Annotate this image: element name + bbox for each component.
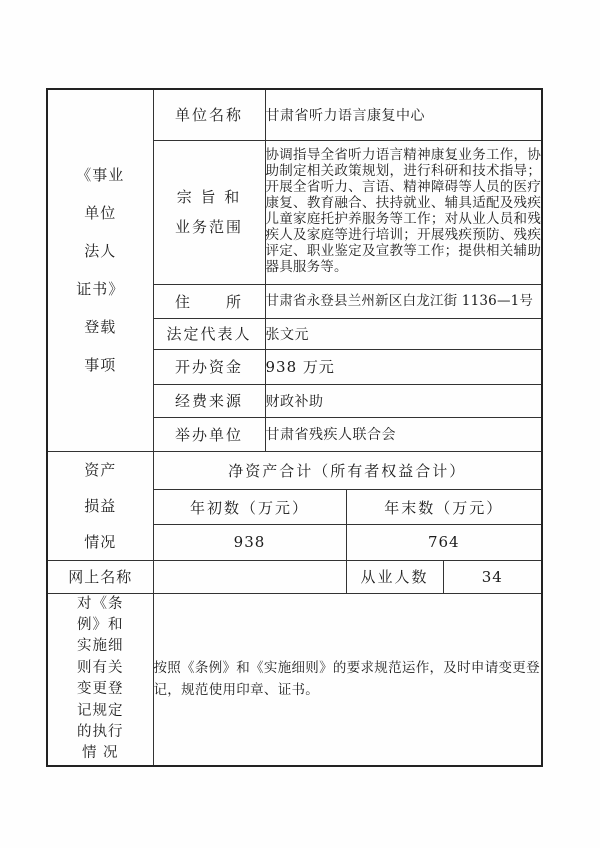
label-legal-representative: 法定代表人 <box>153 318 265 349</box>
label-mission-line: 业务范围 <box>154 212 265 242</box>
section-title-compliance-line: 情 况 <box>48 743 153 764</box>
year-start-label: 年初数（万元） <box>153 490 346 525</box>
label-mission-line: 宗 旨 和 <box>154 182 265 212</box>
year-end-label: 年末数（万元） <box>346 490 542 525</box>
section-title-assets-line: 资产 <box>48 452 153 488</box>
label-online-name: 网上名称 <box>47 560 153 593</box>
value-unit-name: 甘肃省听力语言康复中心 <box>265 89 542 140</box>
value-address: 甘肃省永登县兰州新区白龙江街 1136—1号 <box>265 284 542 318</box>
section-title-compliance: 对《条 例》和 实施细 则有关 变更登 记规定 的执行 情 况 <box>47 593 153 766</box>
label-funding-source: 经费来源 <box>153 384 265 417</box>
section-title-line: 证书》 <box>48 270 153 308</box>
section-title-certificate-items: 《事业 单位 法人 证书》 登载 事项 <box>47 89 153 451</box>
value-mission: 协调指导全省听力语言精神康复业务工作，协助制定相关政策规划，进行科研和技术指导；… <box>265 140 542 284</box>
year-start-value: 938 <box>153 524 346 560</box>
section-title-line: 登载 <box>48 308 153 346</box>
label-address: 住 所 <box>153 284 265 318</box>
year-end-value: 764 <box>346 524 542 560</box>
section-title-assets: 资产 损益 情况 <box>47 451 153 560</box>
section-title-compliance-line: 实施细 <box>48 636 153 657</box>
section-title-compliance-line: 变更登 <box>48 679 153 700</box>
value-compliance: 按照《条例》和《实施细则》的要求规范运作，及时申请变更登记，规范使用印章、证书。 <box>153 593 542 766</box>
value-sponsor-unit: 甘肃省残疾人联合会 <box>265 417 542 451</box>
label-opening-funds: 开办资金 <box>153 349 265 384</box>
section-title-line: 事项 <box>48 346 153 384</box>
section-title-line: 法人 <box>48 232 153 270</box>
section-title-compliance-line: 记规定 <box>48 701 153 722</box>
section-title-assets-line: 损益 <box>48 488 153 524</box>
value-staff-count: 34 <box>443 560 542 593</box>
value-opening-funds: 938 万元 <box>265 349 542 384</box>
section-title-line: 《事业 <box>48 156 153 194</box>
label-unit-name: 单位名称 <box>153 89 265 140</box>
net-assets-header: 净资产合计（所有者权益合计） <box>153 451 542 490</box>
label-staff-count: 从业人数 <box>346 560 443 593</box>
document-page: 《事业 单位 法人 证书》 登载 事项 单位名称 甘肃省听力语言康复中心 宗 旨… <box>0 0 600 848</box>
value-online-name <box>153 560 346 593</box>
value-legal-representative: 张文元 <box>265 318 542 349</box>
section-title-compliance-line: 例》和 <box>48 615 153 636</box>
value-funding-source: 财政补助 <box>265 384 542 417</box>
section-title-compliance-line: 则有关 <box>48 658 153 679</box>
label-mission: 宗 旨 和 业务范围 <box>153 140 265 284</box>
label-sponsor-unit: 举办单位 <box>153 417 265 451</box>
section-title-compliance-line: 对《条 <box>48 594 153 615</box>
section-title-compliance-line: 的执行 <box>48 722 153 743</box>
section-title-assets-line: 情况 <box>48 524 153 560</box>
registration-form-table: 《事业 单位 法人 证书》 登载 事项 单位名称 甘肃省听力语言康复中心 宗 旨… <box>46 88 543 767</box>
section-title-line: 单位 <box>48 194 153 232</box>
